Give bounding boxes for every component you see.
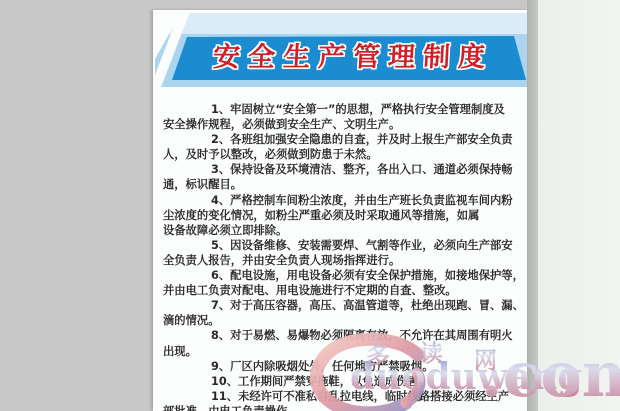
body-line: 7、对于高压容器，高压、高温管道等，杜绝出现跑、冒、漏、 bbox=[163, 298, 523, 313]
screenshot-root: 安全生产管理制度 1、牢固树立“安全第一”的思想，严格执行安全管理制度及安全操作… bbox=[0, 0, 620, 411]
body-line: 部批准，由电工负责操作。 bbox=[163, 404, 523, 411]
poster-page: 安全生产管理制度 1、牢固树立“安全第一”的思想，严格执行安全管理制度及安全操作… bbox=[153, 10, 527, 411]
body-line: 3、保持设备及环境清洁、整齐，各出入口、通道必须保持畅 bbox=[163, 162, 523, 177]
body-line: 5、因设备维修、安装需要焊、气割等作业，必须向生产部安 bbox=[163, 238, 523, 253]
body-line: 1、牢固树立“安全第一”的思想，严格执行安全管理制度及 bbox=[163, 102, 523, 117]
body-line: 8、对于易燃、易爆物必须隔离存放，不允许在其周围有明火 bbox=[163, 328, 523, 343]
body-line: 并由电工负责对配电、用电设施进行不定期的自查、整改。 bbox=[163, 283, 523, 298]
body-line: 2、各班组加强安全隐患的自查，并及时上报生产部安全负责 bbox=[163, 132, 523, 147]
page-right-shadow bbox=[527, 0, 538, 411]
poster-title: 安全生产管理制度 bbox=[171, 36, 527, 80]
body-line: 出现。 bbox=[163, 344, 523, 359]
body-line: 滴的情况。 bbox=[163, 313, 523, 328]
body-line: 安全操作规程，必须做到安全生产、文明生产。 bbox=[163, 117, 523, 132]
body-line: 4、严格控制车间粉尘浓度，并由生产班长负责监视车间内粉 bbox=[163, 193, 523, 208]
body-line: 9、厂区内除吸烟处外，任何地方严禁吸烟。 bbox=[163, 359, 523, 374]
body-line: 全负责人报告，并由安全负责人现场指挥进行。 bbox=[163, 253, 523, 268]
body-text: 1、牢固树立“安全第一”的思想，严格执行安全管理制度及安全操作规程，必须做到安全… bbox=[163, 102, 523, 411]
body-line: 设备故障必须立即排除。 bbox=[163, 223, 523, 238]
body-line: 人，及时予以整改，必须做到防患于未然。 bbox=[163, 147, 523, 162]
header-band-pale-stripe bbox=[155, 13, 527, 34]
body-line: 尘浓度的变化情况，如粉尘严重必须及时采取通风等措施，如属 bbox=[163, 208, 523, 223]
body-line: 10、工作期间严禁穿拖鞋，以免造成伤害。 bbox=[163, 374, 523, 389]
body-line: 6、配电设施，用电设备必须有安全保护措施，如接地保护等， bbox=[163, 268, 523, 283]
body-line: 11、未经许可不准私自乱拉电线，临时线路搭接必须经生产 bbox=[163, 389, 523, 404]
body-line: 通，标识醒目。 bbox=[163, 177, 523, 192]
title-banner: 安全生产管理制度 bbox=[172, 36, 526, 80]
